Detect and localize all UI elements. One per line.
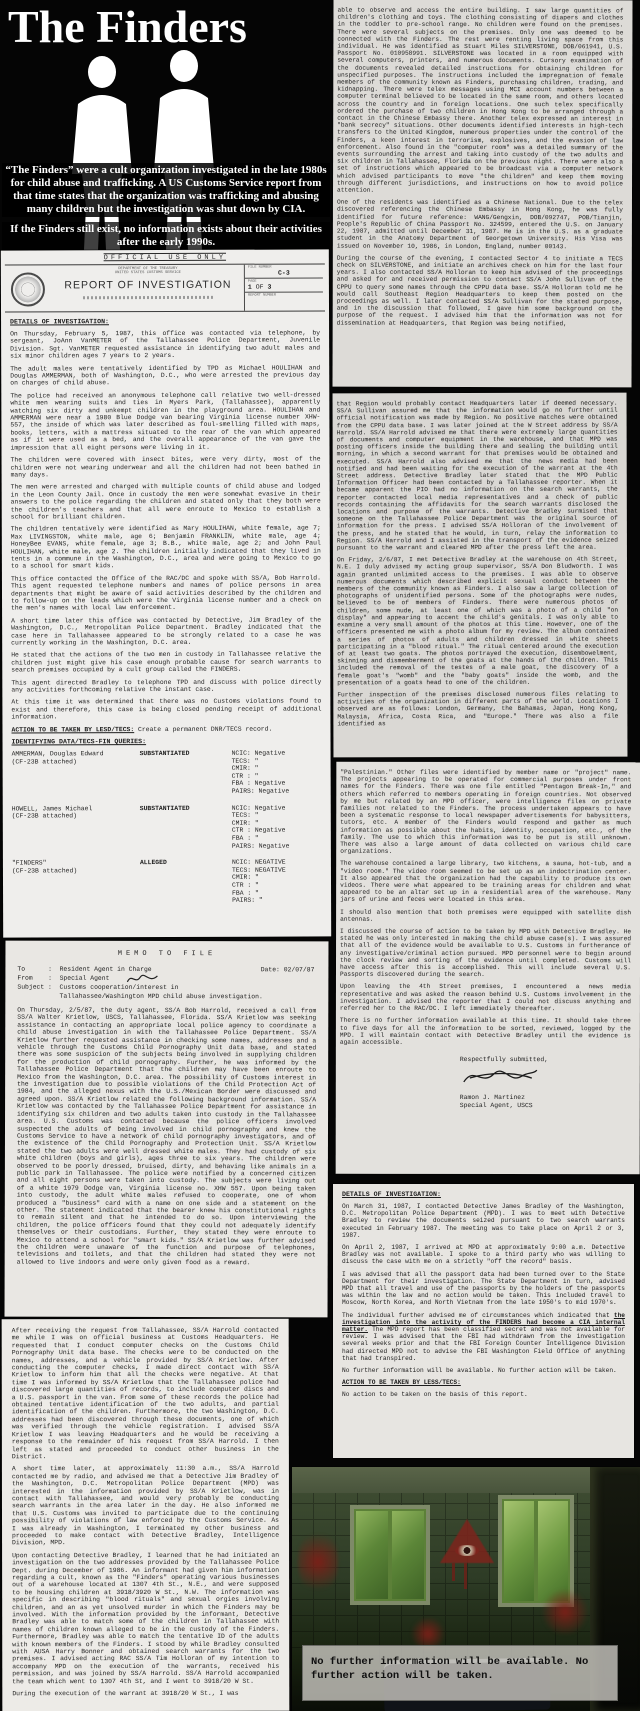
photo-window-left xyxy=(350,1505,430,1605)
report-number-label: REPORT NUMBER xyxy=(248,293,320,297)
memo-paragraph: On Thursday, 2/5/87, the duty agent, SS/… xyxy=(17,1007,317,1267)
signer-name: Ramon J. Martinez xyxy=(460,1094,631,1102)
intro-paragraph-2: If the Finders still exist, no informati… xyxy=(2,222,330,250)
graffiti-eye xyxy=(455,1545,479,1556)
memo-paragraph: "Palestinian." Other files were identifi… xyxy=(340,769,631,856)
memo-closing-block: Respectfully submitted, Ramon J. Martine… xyxy=(460,1056,631,1110)
memo-heading: MEMO TO FILE xyxy=(5,941,328,966)
memo-continuation-scan-page-c: "Palestinian." Other files were identifi… xyxy=(336,762,640,1175)
no-further-info-paragraph: No further information will be available… xyxy=(342,1367,625,1374)
memo-paragraph: During the execution of the warrant at 3… xyxy=(12,1690,279,1698)
report-paragraph: The adult males were tentatively identif… xyxy=(10,364,320,387)
memo-continuation-scan-page-b: that Region would probably contact Headq… xyxy=(333,393,628,758)
query-subject: AMMERMAN, Douglas Edward(CF-23B attached… xyxy=(12,750,140,796)
memo-page1-paragraphs: On Thursday, 2/5/87, the duty agent, SS/… xyxy=(5,1007,329,1267)
query-subject: "FINDERS"(CF-23B attached) xyxy=(12,859,140,905)
page-title: The Finders xyxy=(8,2,247,53)
action-2-label: ACTION TO BE TAKEN BY LESS/TECS: xyxy=(342,1379,461,1386)
query-checks: NCIC: NEGATIVE TECS: NEGATIVE CMIR: " CT… xyxy=(232,859,286,905)
report2-paragraph: On April 2, 1987, I arrived at MPD at ap… xyxy=(342,1244,625,1266)
photo-ceiling xyxy=(292,1467,640,1493)
agency-line-2: UNITED STATES CUSTOMS SERVICE xyxy=(53,271,243,276)
report-paragraph: A short time later this office was conta… xyxy=(11,616,321,647)
memo-page2-paragraphs: After receiving the request from Tallaha… xyxy=(2,1319,290,1698)
details-of-investigation-2-heading: DETAILS OF INVESTIGATION: xyxy=(342,1191,625,1198)
red-smear xyxy=(542,1587,588,1637)
report-form-header: DEPARTMENT OF THE TREASURY UNITED STATES… xyxy=(5,263,325,312)
memo-paragraph: I should also mention that both premises… xyxy=(340,908,631,923)
query-status: ALLEGED xyxy=(140,859,232,905)
action-label: ACTION TO BE TAKEN BY LESD/TECS: xyxy=(11,726,134,733)
two-men-silhouettes-image xyxy=(62,50,230,250)
memo-paragraph: After receiving the request from Tallaha… xyxy=(12,1327,279,1461)
report-paragraph: He stated that the actions of the two me… xyxy=(11,651,321,674)
report-of-investigation-2-scan: DETAILS OF INVESTIGATION: On March 31, 1… xyxy=(333,1184,634,1458)
page-c-paragraphs: "Palestinian." Other files were identifi… xyxy=(340,769,631,1047)
abandoned-room-photo: No further information will be available… xyxy=(292,1467,640,1711)
treasury-seal-icon xyxy=(11,272,45,306)
query-entry: HOWELL, James Michael(CF-23B attached) S… xyxy=(12,804,322,851)
report-form-title: REPORT OF INVESTIGATION xyxy=(53,279,243,292)
no-further-info-caption: No further information will be available… xyxy=(302,1645,618,1701)
memo-to-file-scan-page-2: After receiving the request from Tallaha… xyxy=(2,1319,290,1711)
file-number-value: C-3 xyxy=(248,269,320,276)
memo-meta-line: Tallahassee/Washington MPD child abuse i… xyxy=(17,992,316,1002)
memo-paragraph: On Friday, 2/6/87, I met Detective Bradl… xyxy=(337,556,618,686)
signer-title: Special Agent, USCS xyxy=(460,1102,631,1110)
memo-continuation-scan-page-a: able to observe and access the entire bu… xyxy=(332,0,632,387)
memo-paragraph: that Region would probably contact Headq… xyxy=(337,400,618,552)
report-paragraph: The men were arrested and charged with m… xyxy=(11,483,321,521)
report2-cia-paragraph: The individual further advised me of cir… xyxy=(342,1312,625,1362)
paint-drip xyxy=(452,1563,455,1581)
memo-paragraph: There is no further information availabl… xyxy=(340,1017,631,1046)
identifying-data-heading: IDENTIFYING DATA/TECS-FIN QUERIES: xyxy=(12,738,322,746)
action-text: Create a permanent DNR/TECS record. xyxy=(138,725,272,732)
memo-paragraph: One of the residents was identified as a… xyxy=(337,199,623,250)
fine-print-line xyxy=(83,296,213,299)
report-number-box: FILE NUMBER C-3 PAGE 1 OF 3 REPORT NUMBE… xyxy=(244,264,323,310)
report-paragraph: At this time it was determined that ther… xyxy=(11,698,321,721)
cia-paragraph-before: The individual further advised me of cir… xyxy=(342,1312,614,1319)
memo-date: Date: 02/07/87 xyxy=(261,965,315,974)
red-smear xyxy=(298,1527,338,1597)
action-line: ACTION TO BE TAKEN BY LESD/TECS: Create … xyxy=(11,725,321,733)
pages-value: 3 xyxy=(267,284,271,291)
memo-paragraph: Upon contacting Detective Bradley, I lea… xyxy=(12,1552,279,1686)
memo-meta-block: To : Resident Agent in ChargeFrom : Spec… xyxy=(17,965,316,1002)
action-2-text: No action to be taken on the basis of th… xyxy=(342,1391,625,1398)
query-entry: AMMERMAN, Douglas Edward(CF-23B attached… xyxy=(12,750,322,797)
finders-collage-page: The Finders “The Finders” were a cult or… xyxy=(0,0,640,1711)
memo-paragraph: able to observe and access the entire bu… xyxy=(337,7,623,195)
report-paragraph: The children were covered with insect bi… xyxy=(11,456,321,479)
report-paragraphs: On Thursday, February 5, 1987, this offi… xyxy=(10,329,321,721)
report-of-investigation-scan: OFFICIAL USE ONLY DEPARTMENT OF THE TREA… xyxy=(1,249,331,937)
query-status: SUBSTANTIATED xyxy=(140,804,232,850)
memo-paragraph: Further inspection of the premises discl… xyxy=(337,691,618,728)
report2-paragraph: I was advised that all the passport data… xyxy=(342,1271,625,1307)
memo-paragraph: I discussed the course of action to be t… xyxy=(340,928,631,979)
query-entry: "FINDERS"(CF-23B attached) ALLEGED NCIC:… xyxy=(12,859,322,906)
memo-paragraph: A short time later, at approximately 11:… xyxy=(12,1465,279,1547)
paint-drip xyxy=(464,1563,467,1589)
report-paragraph: The police had received an anonymous tel… xyxy=(10,391,320,451)
query-status: SUBSTANTIATED xyxy=(140,750,232,796)
report-paragraph: The children tentatively were identified… xyxy=(11,525,321,571)
martinez-signature xyxy=(460,1064,540,1090)
report-paragraph: On Thursday, February 5, 1987, this offi… xyxy=(10,329,320,360)
memo-paragraph: Upon leaving the 4th Street premises, I … xyxy=(340,983,631,1012)
query-checks: NCIC: Negative TECS: " CMIR: " CTR : Neg… xyxy=(232,804,290,850)
page-value: 1 xyxy=(248,284,252,291)
query-entries: AMMERMAN, Douglas Edward(CF-23B attached… xyxy=(12,750,323,906)
page-b-paragraphs: that Region would probably contact Headq… xyxy=(333,393,628,728)
report-paragraph: This agent directed Bradley to telephone… xyxy=(11,678,321,694)
memo-paragraph: During the course of the evening, I cont… xyxy=(337,254,623,327)
report2-paragraph: On March 31, 1987, I contacted Detective… xyxy=(342,1203,625,1239)
page-a-paragraphs: able to observe and access the entire bu… xyxy=(332,0,632,327)
report-paragraph: This office contacted the Office of the … xyxy=(11,574,321,612)
of-label: OF xyxy=(256,284,264,291)
pyramid-eye-graffiti xyxy=(440,1519,494,1563)
query-subject: HOWELL, James Michael(CF-23B attached) xyxy=(12,805,140,851)
cia-paragraph-after: The MPD report has been classified secre… xyxy=(342,1326,625,1362)
memo-paragraph: The warehouse contained a large library,… xyxy=(340,860,631,904)
query-checks: NCIC: Negative TECS: " CMIR: " CTR : " F… xyxy=(232,750,290,796)
details-of-investigation-heading: DETAILS OF INVESTIGATION: xyxy=(10,317,320,325)
classification-banner: OFFICIAL USE ONLY xyxy=(1,249,329,262)
agent-signature xyxy=(125,972,159,986)
memo-to-file-scan-page-1: MEMO TO FILE To : Resident Agent in Char… xyxy=(5,941,329,1318)
intro-paragraph-1: “The Finders” were a cult organization i… xyxy=(2,163,330,217)
